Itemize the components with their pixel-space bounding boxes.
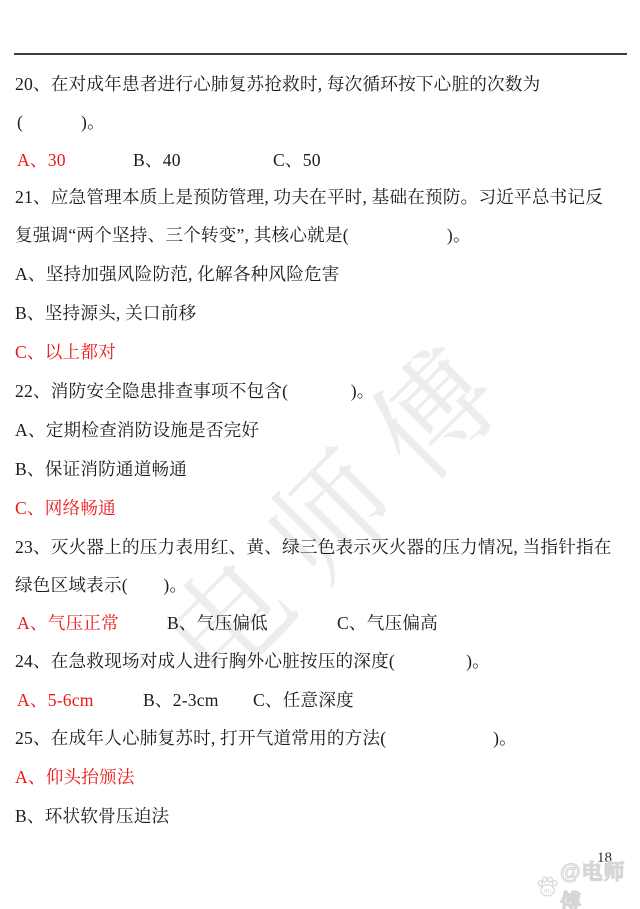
q25-stem: 25、在成年人心肺复苏时, 打开气道常用的方法( )。 bbox=[15, 726, 517, 751]
q23-stem-line-1: 23、灭火器上的压力表用红、黄、绿三色表示灭火器的压力情况, 当指针指在 bbox=[15, 535, 612, 560]
q22-answer-option-c: C、网络畅通 bbox=[15, 496, 116, 521]
document-line: 23、灭火器上的压力表用红、黄、绿三色表示灭火器的压力情况, 当指针指在 bbox=[0, 535, 640, 561]
footer-watermark-text: @电师傅 bbox=[560, 856, 640, 909]
q21-answer-option-c: C、以上都对 bbox=[15, 340, 116, 365]
document-line: ( )。 bbox=[0, 110, 640, 136]
document-line: A、30B、40C、50 bbox=[0, 148, 640, 174]
q20-option-b: B、40 bbox=[133, 148, 181, 173]
document-line: B、环状软骨压迫法 bbox=[0, 804, 640, 830]
q22-option-a: A、定期检查消防设施是否完好 bbox=[15, 418, 259, 443]
baidu-paw-icon: du bbox=[536, 875, 559, 898]
q23-stem-line-2: 绿色区域表示( )。 bbox=[15, 573, 187, 598]
q20-stem-line-1: 20、在对成年患者进行心肺复苏抢救时, 每次循环按下心脏的次数为 bbox=[15, 72, 540, 97]
document-line: 绿色区域表示( )。 bbox=[0, 573, 640, 599]
q21-stem-line-2: 复强调“两个坚持、三个转变”, 其核心就是( )。 bbox=[15, 223, 471, 248]
q20-stem-line-2: ( )。 bbox=[17, 110, 105, 135]
q20-option-c: C、50 bbox=[273, 148, 321, 173]
q25-option-b: B、环状软骨压迫法 bbox=[15, 804, 169, 829]
q21-stem-line-1: 21、应急管理本质上是预防管理, 功夫在平时, 基础在预防。习近平总书记反 bbox=[15, 185, 603, 210]
svg-text:du: du bbox=[544, 887, 552, 894]
document-line: 复强调“两个坚持、三个转变”, 其核心就是( )。 bbox=[0, 223, 640, 249]
document-line: 24、在急救现场对成人进行胸外心脏按压的深度( )。 bbox=[0, 649, 640, 675]
document-line: B、保证消防通道畅通 bbox=[0, 457, 640, 483]
q23-answer-option-a: A、气压正常 bbox=[17, 611, 119, 636]
q24-option-c: C、任意深度 bbox=[253, 688, 354, 713]
document-body: 20、在对成年患者进行心肺复苏抢救时, 每次循环按下心脏的次数为( )。A、30… bbox=[0, 0, 640, 909]
q20-answer-option-a: A、30 bbox=[17, 148, 66, 173]
document-line: A、气压正常B、气压偏低C、气压偏高 bbox=[0, 611, 640, 637]
document-line: 22、消防安全隐患排查事项不包含( )。 bbox=[0, 379, 640, 405]
document-line: C、网络畅通 bbox=[0, 496, 640, 522]
document-page: 电师傅 20、在对成年患者进行心肺复苏抢救时, 每次循环按下心脏的次数为( )。… bbox=[0, 0, 640, 909]
q25-answer-option-a: A、仰头抬颁法 bbox=[15, 765, 135, 790]
q21-option-b: B、坚持源头, 关口前移 bbox=[15, 301, 196, 326]
q23-option-b: B、气压偏低 bbox=[167, 611, 268, 636]
document-line: A、坚持加强风险防范, 化解各种风险危害 bbox=[0, 262, 640, 288]
q22-option-b: B、保证消防通道畅通 bbox=[15, 457, 187, 482]
document-line: A、定期检查消防设施是否完好 bbox=[0, 418, 640, 444]
q24-option-b: B、2-3cm bbox=[143, 688, 219, 713]
document-line: B、坚持源头, 关口前移 bbox=[0, 301, 640, 327]
document-line: 21、应急管理本质上是预防管理, 功夫在平时, 基础在预防。习近平总书记反 bbox=[0, 185, 640, 211]
document-line: A、5-6cmB、2-3cmC、任意深度 bbox=[0, 688, 640, 714]
document-line: 20、在对成年患者进行心肺复苏抢救时, 每次循环按下心脏的次数为 bbox=[0, 72, 640, 98]
q22-stem: 22、消防安全隐患排查事项不包含( )。 bbox=[15, 379, 375, 404]
q24-stem: 24、在急救现场对成人进行胸外心脏按压的深度( )。 bbox=[15, 649, 490, 674]
q21-option-a: A、坚持加强风险防范, 化解各种风险危害 bbox=[15, 262, 340, 287]
q23-option-c: C、气压偏高 bbox=[337, 611, 438, 636]
document-line: 25、在成年人心肺复苏时, 打开气道常用的方法( )。 bbox=[0, 726, 640, 752]
q24-answer-option-a: A、5-6cm bbox=[17, 688, 94, 713]
document-line: C、以上都对 bbox=[0, 340, 640, 366]
top-rule bbox=[14, 53, 627, 55]
document-line: A、仰头抬颁法 bbox=[0, 765, 640, 791]
footer-watermark: du @电师傅 bbox=[536, 874, 640, 898]
